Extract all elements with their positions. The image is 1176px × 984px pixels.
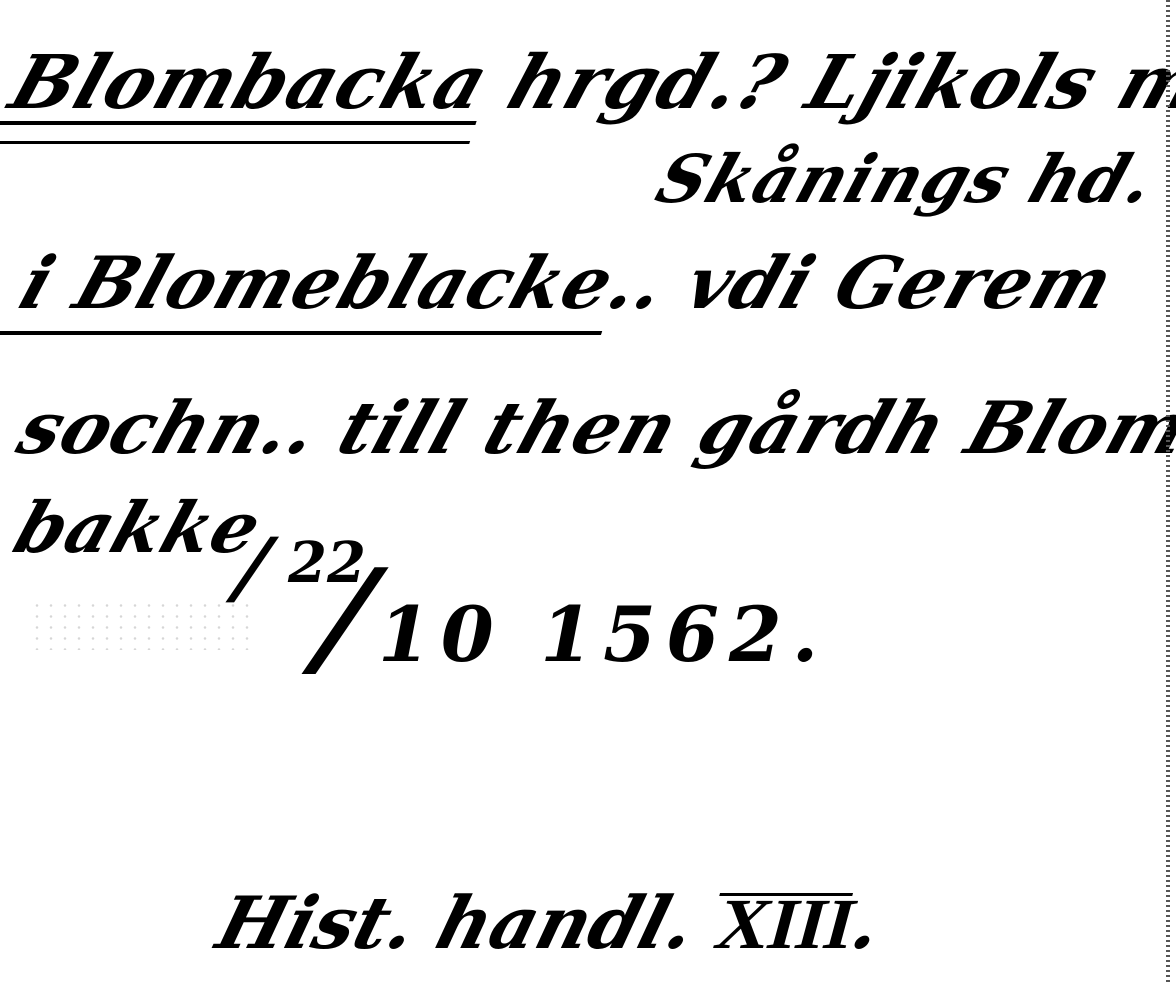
card-line-2: Skånings hd.	[647, 140, 1165, 218]
source-volume: XIII	[707, 883, 865, 966]
source-reference: Hist. handl. XIII.	[208, 880, 891, 966]
archive-card: Blombacka hrgd.? Ljikols m. Skånings hd.…	[0, 0, 1176, 984]
historic-spelling: i Blomeblacke	[10, 240, 625, 325]
card-line-3: i Blomeblacke.. vdi Gerem	[10, 240, 1124, 325]
parish-reference: .. vdi Gerem	[598, 240, 1125, 325]
parish-note: hrgd.? Ljikols m.	[471, 40, 1176, 126]
card-line-5: bakke	[5, 486, 273, 569]
card-line-1: Blombacka hrgd.? Ljikols m.	[0, 40, 1176, 126]
faded-marks	[30, 600, 250, 650]
place-name-heading: Blombacka	[0, 40, 499, 126]
source-title: Hist. handl.	[209, 880, 730, 965]
date-month-year: 10 1562.	[378, 590, 828, 679]
scan-edge	[1166, 0, 1170, 984]
card-line-4: sochn.. till then gårdh Blome	[8, 385, 1176, 470]
